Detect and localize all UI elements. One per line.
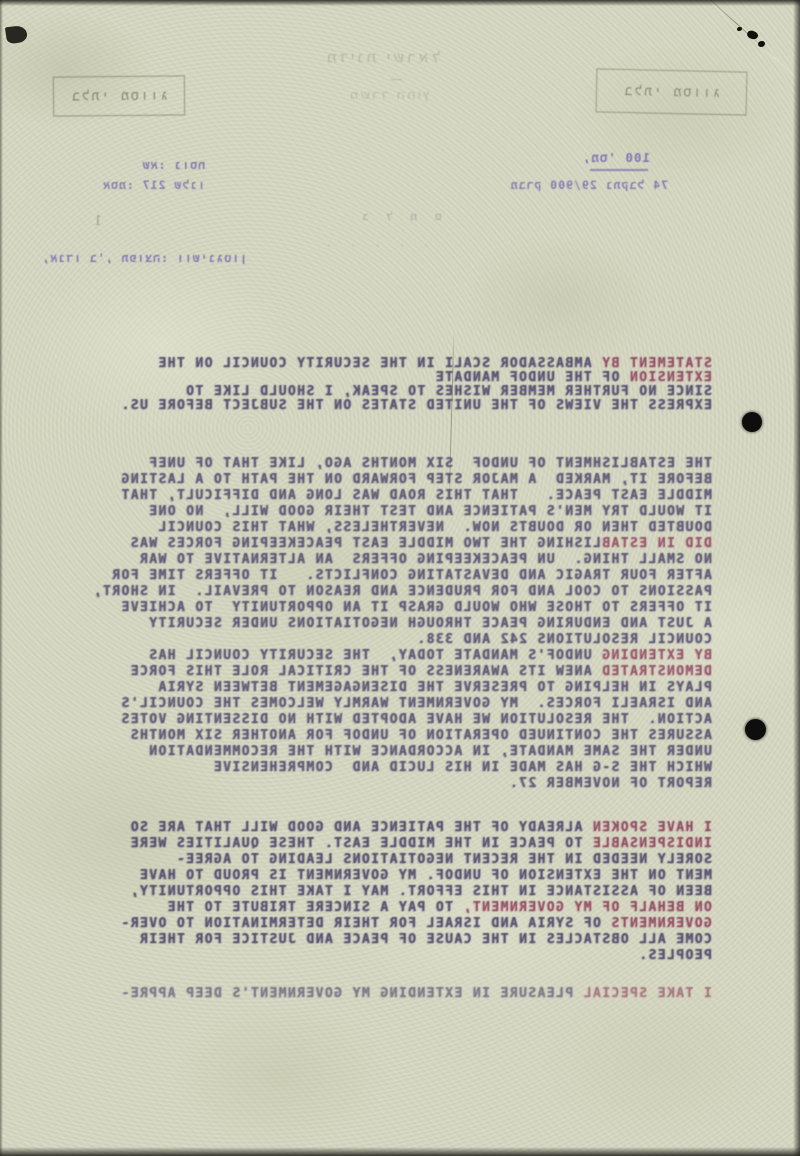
text-line: WHICH THE S-G HAS MADE IN HIS LUCID AND … [72, 760, 712, 776]
text-line: ASSURES THE CONTINUED OPERATION OF UNDOF… [72, 728, 712, 744]
text-line: PASSIONS TO COOL AND FOR PRUDENCE AND RE… [72, 584, 712, 600]
letterhead-divider: — [390, 72, 402, 86]
text-line: BEEN OF ASSISTANCE IN THIS EFFORT. MAY I… [72, 884, 712, 900]
text-line: IT WOULD TRY MEN'S PATIENCE AND TEST THE… [72, 504, 712, 520]
text-line: GOVERNMENTS OF SYRIA AND ISRAEL FOR THEI… [72, 916, 712, 932]
header-telegram-line: 74 מברק 29/900 נתקבל [510, 178, 668, 193]
text-line: EXPRESS THE VIEWS OF THE UNITED STATES O… [72, 399, 712, 413]
routing-line: אנדו ב', תפוצה: וושינגטון, [41, 251, 247, 266]
text-line: I TAKE SPECIAL PLEASURE IN EXTENDING MY … [72, 986, 712, 1002]
text-line: I HAVE SPOKEN ALREADY OF THE PATIENCE AN… [72, 820, 712, 836]
text-line: ACTION. THE RESOLUTION WE HAVE ADOPTED W… [72, 712, 712, 728]
paragraph: I TAKE SPECIAL PLEASURE IN EXTENDING MY … [72, 986, 712, 1002]
pencil-mark: 1 [94, 214, 102, 229]
text-line: COUNCIL RESOLUTIONS 242 AND 338. [72, 632, 712, 648]
text-line: AND ISRAELI FORCES. MY GOVERNMENT WARMLY… [72, 696, 712, 712]
marking-dots: . . . . . [318, 238, 428, 249]
text-line: MENT ON THE EXTENSION OF UNDOF. MY GOVER… [72, 868, 712, 884]
header-reference-line: אסמ: 217 שלנו [102, 178, 205, 193]
security-marking: ב ל מ ס [355, 210, 442, 223]
stamp-right-text: בלתי מסווג [622, 83, 720, 100]
stamp-left-text: בלתי מסווג [70, 88, 168, 104]
text-line: COME ALL OBSTACLES IN THE CAUSE OF PEACE… [72, 932, 712, 948]
scanned-document-page: מדינת ישראל — משרד החוץ בלתי מסווג בלתי … [0, 0, 800, 1156]
text-line: PLAYS IN HELPING TO PRESERVE THE DISENGA… [72, 680, 712, 696]
text-line: UNDER THE SAME MANDATE, IN ACCORDANCE WI… [72, 744, 712, 760]
text-line: THE ESTABLISHMENT OF UNDOF SIX MONTHS AG… [72, 456, 712, 472]
scan-edge-right [793, 0, 800, 1156]
text-line: SINCE NO FURTHER MEMBER WISHES TO SPEAK,… [72, 385, 712, 399]
text-line: NO SMALL THING. UN PEACEKEEPING OFFERS A… [72, 552, 712, 568]
paragraph: THE ESTABLISHMENT OF UNDOF SIX MONTHS AG… [72, 456, 712, 648]
header-number-line: מס' 100, [582, 150, 650, 166]
text-line: A JUST AND ENDURING PEACE THROUGH NEGOTI… [72, 616, 712, 632]
text-line: DOUBTED THEN OR DOUBTS NOW. NEVERTHELESS… [72, 520, 712, 536]
scan-edge-bottom [0, 1147, 800, 1156]
text-line: DEMONSTRATED ANEW ITS AWARENESS OF THE C… [72, 664, 712, 680]
scan-edge-left [0, 0, 3, 1156]
letterhead-line1: מדינת ישראל [324, 48, 440, 66]
paragraph: I HAVE SPOKEN ALREADY OF THE PATIENCE AN… [72, 820, 712, 964]
text-line: AFTER FOUR TRAGIC AND DEVASTATING CONFLI… [72, 568, 712, 584]
paragraph: STATEMENT BY AMBASSADOR SCALI IN THE SEC… [72, 357, 712, 413]
text-line: EXTENSION OF THE UNDOF MANDATE [72, 371, 712, 385]
classification-stamp-left: בלתי מסווג [53, 75, 185, 116]
header-subject-line: שא: נוסח [142, 158, 205, 173]
text-line: BY EXTENDING UNDOF'S MANDATE TODAY, THE … [72, 648, 712, 664]
text-line: INDISPENSABLE TO PEACE IN THE MIDDLE EAS… [72, 836, 712, 852]
mirrored-bleed-layer: מדינת ישראל — משרד החוץ בלתי מסווג בלתי … [0, 0, 800, 1156]
text-line: MIDDLE EAST PEACE. THAT THIS ROAD WAS LO… [72, 488, 712, 504]
paragraph: BY EXTENDING UNDOF'S MANDATE TODAY, THE … [72, 648, 712, 792]
hole-punch-top [742, 412, 762, 432]
text-line: ON BEHALF OF MY GOVERNMENT, TO PAY A SIN… [72, 900, 712, 916]
letterhead-line2: משרד החוץ [348, 88, 430, 103]
hole-punch-bottom [745, 719, 766, 740]
header-number-underline [590, 169, 648, 171]
text-line: PEOPLES. [72, 948, 712, 964]
scan-edge-top [0, 0, 800, 6]
text-line: IT OFFERS TO THOSE WHO WOULD GRASP IT AN… [72, 600, 712, 616]
text-line: SORELY NEEDED IN THE RECENT NEGOTIATIONS… [72, 852, 712, 868]
text-line: STATEMENT BY AMBASSADOR SCALI IN THE SEC… [72, 357, 712, 371]
classification-stamp-right: בלתי מסווג [596, 68, 748, 115]
text-line: DID IN ESTABLISHING THE TWO MIDDLE EAST … [72, 536, 712, 552]
text-line: BEFORE IT, MARKED A MAJOR STEP FORWARD O… [72, 472, 712, 488]
text-line: REPORT OF NOVEMBER 27. [72, 776, 712, 792]
